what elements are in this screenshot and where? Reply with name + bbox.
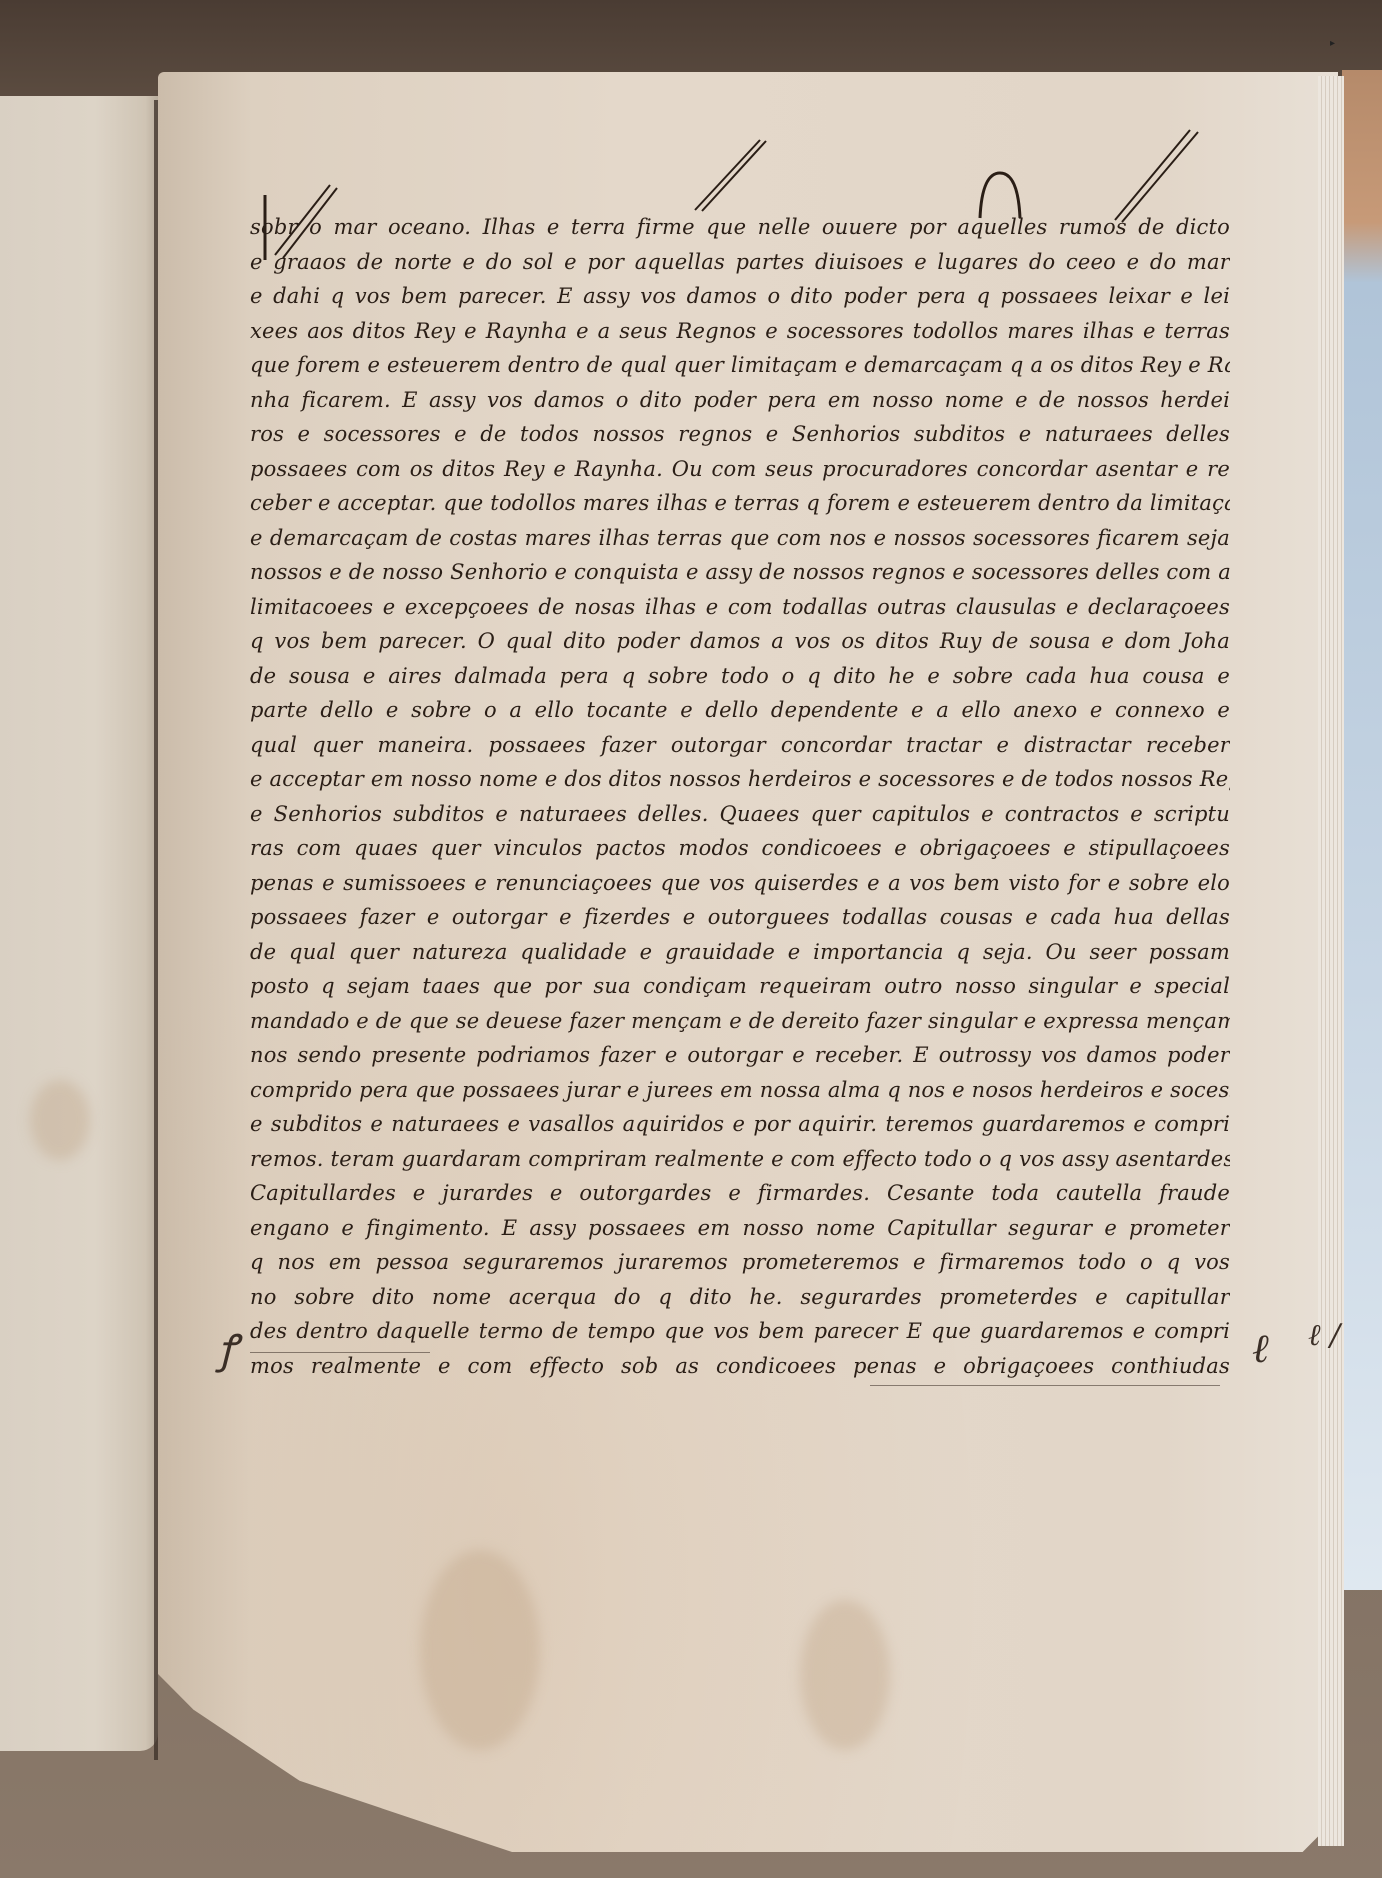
closing-rule [870, 1385, 1220, 1386]
manuscript-text: sobr o mar oceano. Ilhas e terra firme q… [250, 210, 1230, 1383]
margin-mark-right: ℓ [1252, 1325, 1269, 1372]
text-line: e subditos e naturaees e vasallos aquiri… [250, 1107, 1230, 1142]
text-line: de sousa e aires dalmada pera q sobre to… [250, 659, 1230, 694]
stain [30, 1080, 90, 1160]
closing-rule [250, 1352, 430, 1353]
text-line: nossos e de nosso Senhorio e conquista e… [250, 555, 1230, 590]
text-line: limitacoees e excepçoees de nosas ilhas … [250, 590, 1230, 625]
text-line: e dahi q vos bem parecer. E assy vos dam… [250, 279, 1230, 314]
text-line: sobr o mar oceano. Ilhas e terra firme q… [250, 210, 1230, 245]
text-line: possaees fazer e outorgar e fizerdes e o… [250, 900, 1230, 935]
text-line: no sobre dito nome acerqua do q dito he.… [250, 1280, 1230, 1315]
text-line: remos. teram guardaram compriram realmen… [250, 1142, 1230, 1177]
text-line: ras com quaes quer vinculos pactos modos… [250, 831, 1230, 866]
text-line: mos realmente e com effecto sob as condi… [250, 1349, 1230, 1384]
stain [420, 1550, 540, 1750]
corner-mark: ▸ [1330, 38, 1335, 49]
text-line: nos sendo presente podriamos fazer e out… [250, 1038, 1230, 1073]
text-line: que forem e esteuerem dentro de qual que… [250, 348, 1230, 383]
text-line: des dentro daquelle termo de tempo que v… [250, 1314, 1230, 1349]
background-cloth [1342, 70, 1382, 1590]
text-line: mandado e de que se deuese fazer mençam … [250, 1004, 1230, 1039]
text-line: q nos em pessoa seguraremos juraremos pr… [250, 1245, 1230, 1280]
margin-mark-left: ꝭ [218, 1320, 237, 1375]
text-line: parte dello e sobre o a ello tocante e d… [250, 693, 1230, 728]
text-line: comprido pera que possaees jurar e juree… [250, 1073, 1230, 1108]
text-line: ros e socessores e de todos nossos regno… [250, 417, 1230, 452]
text-line: nha ficarem. E assy vos damos o dito pod… [250, 383, 1230, 418]
text-line: e graaos de norte e do sol e por aquella… [250, 245, 1230, 280]
text-line: de qual quer natureza qualidade e grauid… [250, 935, 1230, 970]
text-line: qual quer maneira. possaees fazer outorg… [250, 728, 1230, 763]
text-line: e Senhorios subditos e naturaees delles.… [250, 797, 1230, 832]
text-line: posto q sejam taaes que por sua condiçam… [250, 969, 1230, 1004]
text-line: penas e sumissoees e renunciaçoees que v… [250, 866, 1230, 901]
book-gutter [154, 100, 158, 1760]
left-page-blank [0, 96, 158, 1751]
text-line: ceber e acceptar. que todollos mares ilh… [250, 486, 1230, 521]
text-line: e acceptar em nosso nome e dos ditos nos… [250, 762, 1230, 797]
text-line: engano e fingimento. E assy possaees em … [250, 1211, 1230, 1246]
text-line: possaees com os ditos Rey e Raynha. Ou c… [250, 452, 1230, 487]
ascender-flourish-icon [690, 135, 770, 215]
stain [800, 1600, 890, 1750]
margin-mark-right: ℓ / [1308, 1318, 1340, 1353]
text-line: Capitullardes e jurardes e outorgardes e… [250, 1176, 1230, 1211]
text-line: xees aos ditos Rey e Raynha e a seus Reg… [250, 314, 1230, 349]
page-edges [1318, 76, 1344, 1846]
text-line: e demarcaçam de costas mares ilhas terra… [250, 521, 1230, 556]
text-line: q vos bem parecer. O qual dito poder dam… [250, 624, 1230, 659]
